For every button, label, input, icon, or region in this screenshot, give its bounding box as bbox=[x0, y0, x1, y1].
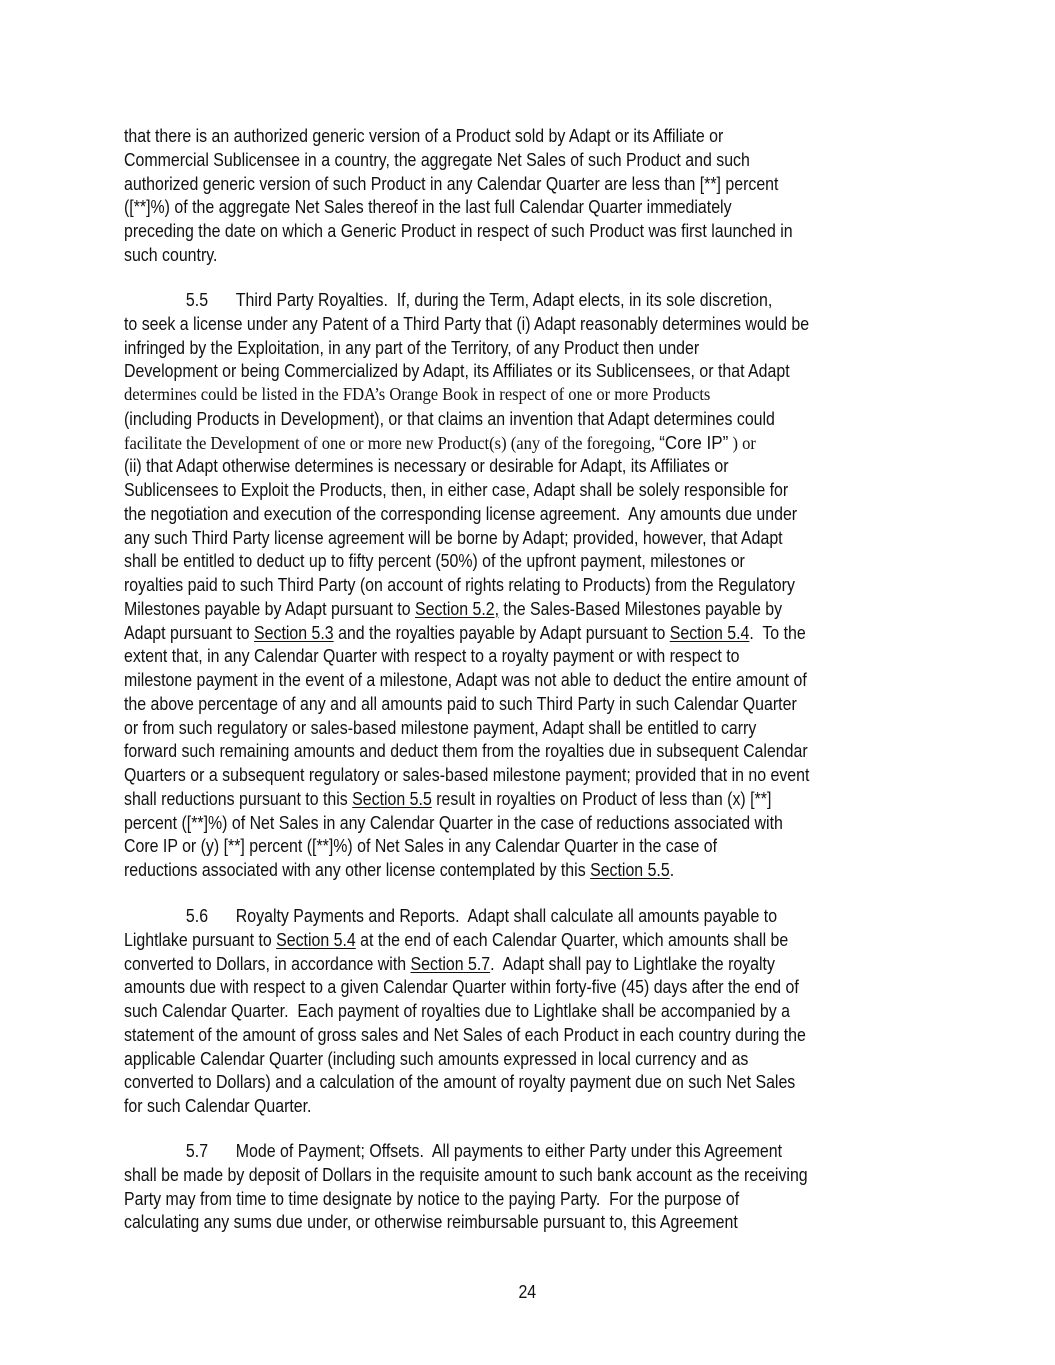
text-fragment: . Adapt shall pay to Lightlake the royal… bbox=[490, 953, 775, 974]
text-line: or from such regulatory or sales-based m… bbox=[124, 716, 950, 740]
text-fragment: Adapt pursuant to bbox=[124, 622, 254, 643]
text-line: Core IP or (y) [**] percent ([**]%) of N… bbox=[124, 834, 950, 858]
text-line: preceding the date on which a Generic Pr… bbox=[124, 219, 950, 243]
text-line: Milestones payable by Adapt pursuant to … bbox=[124, 597, 950, 621]
text-line: shall be made by deposit of Dollars in t… bbox=[124, 1163, 950, 1187]
text-line: the above percentage of any and all amou… bbox=[124, 692, 950, 716]
text-fragment: shall reductions pursuant to this bbox=[124, 788, 352, 809]
text-line: (ii) that Adapt otherwise determines is … bbox=[124, 454, 950, 478]
text-line: royalties paid to such Third Party (on a… bbox=[124, 573, 950, 597]
text-line: such country. bbox=[124, 243, 950, 267]
text-line: ([**]%) of the aggregate Net Sales there… bbox=[124, 195, 950, 219]
text-line: reductions associated with any other lic… bbox=[124, 858, 950, 882]
cross-reference-section-5-4[interactable]: Section 5.4 bbox=[276, 929, 356, 950]
text-line: for such Calendar Quarter. bbox=[124, 1094, 950, 1118]
text-fragment: Adapt shall calculate all amounts payabl… bbox=[460, 905, 778, 926]
text-line: such Calendar Quarter. Each payment of r… bbox=[124, 999, 950, 1023]
text-fragment: and the royalties payable by Adapt pursu… bbox=[334, 622, 670, 643]
cross-reference-section-5-5[interactable]: Section 5.5 bbox=[352, 788, 432, 809]
text-fragment: ) or bbox=[728, 433, 756, 453]
text-line: Commercial Sublicensee in a country, the… bbox=[124, 148, 950, 172]
section-number: 5.6 bbox=[124, 904, 236, 928]
text-line: calculating any sums due under, or other… bbox=[124, 1210, 950, 1234]
text-line: the negotiation and execution of the cor… bbox=[124, 502, 950, 526]
text-line: forward such remaining amounts and deduc… bbox=[124, 739, 950, 763]
cross-reference-section-5-7[interactable]: Section 5.7 bbox=[411, 953, 491, 974]
text-fragment: . To the bbox=[749, 622, 805, 643]
text-line: Party may from time to time designate by… bbox=[124, 1187, 950, 1211]
text-line: percent ([**]%) of Net Sales in any Cale… bbox=[124, 811, 950, 835]
text-line: converted to Dollars) and a calculation … bbox=[124, 1070, 950, 1094]
text-fragment: All payments to either Party under this … bbox=[424, 1140, 782, 1161]
document-page: that there is an authorized generic vers… bbox=[0, 0, 1055, 1365]
cross-reference-section-5-5[interactable]: Section 5.5 bbox=[590, 859, 670, 880]
text-line: milestone payment in the event of a mile… bbox=[124, 668, 950, 692]
text-fragment: Lightlake pursuant to bbox=[124, 929, 276, 950]
text-fragment: at the end of each Calendar Quarter, whi… bbox=[356, 929, 788, 950]
text-line: authorized generic version of such Produ… bbox=[124, 172, 950, 196]
text-fragment: Milestones payable by Adapt pursuant to bbox=[124, 598, 415, 619]
section-5-7-mode-of-payment-offsets: 5.7Mode of Payment; Offsets. All payment… bbox=[124, 1139, 944, 1234]
section-number: 5.5 bbox=[124, 288, 236, 312]
text-line: applicable Calendar Quarter (including s… bbox=[124, 1047, 950, 1071]
defined-term-core-ip: “Core IP” bbox=[659, 432, 728, 453]
text-fragment: facilitate the Development of one or mor… bbox=[124, 433, 659, 453]
section-5-6-royalty-payments-and-reports: 5.6Royalty Payments and Reports. Adapt s… bbox=[124, 904, 944, 1118]
section-title: Royalty Payments and Reports. bbox=[236, 905, 460, 926]
cross-reference-section-5-2[interactable]: Section 5.2, bbox=[415, 598, 499, 619]
page-number-text: 24 bbox=[519, 1280, 537, 1304]
section-heading-line: 5.7Mode of Payment; Offsets. All payment… bbox=[124, 1139, 950, 1163]
text-line: infringed by the Exploitation, in any pa… bbox=[124, 336, 950, 360]
text-line: Quarters or a subsequent regulatory or s… bbox=[124, 763, 950, 787]
text-fragment: . bbox=[670, 859, 674, 880]
paragraph-continuation: that there is an authorized generic vers… bbox=[124, 124, 944, 267]
cross-reference-section-5-4[interactable]: Section 5.4 bbox=[670, 622, 750, 643]
text-line: extent that, in any Calendar Quarter wit… bbox=[124, 644, 950, 668]
section-number: 5.7 bbox=[124, 1139, 236, 1163]
page-number: 24 bbox=[0, 1280, 1055, 1304]
section-5-5-third-party-royalties: 5.5Third Party Royalties. If, during the… bbox=[124, 288, 944, 882]
section-heading-line: 5.5Third Party Royalties. If, during the… bbox=[124, 288, 950, 312]
section-title: Third Party Royalties. bbox=[236, 289, 388, 310]
text-line: facilitate the Development of one or mor… bbox=[124, 431, 1007, 455]
text-line: converted to Dollars, in accordance with… bbox=[124, 952, 950, 976]
text-line: Adapt pursuant to Section 5.3 and the ro… bbox=[124, 621, 950, 645]
section-heading-line: 5.6Royalty Payments and Reports. Adapt s… bbox=[124, 904, 950, 928]
text-line: any such Third Party license agreement w… bbox=[124, 526, 950, 550]
text-line: (including Products in Development), or … bbox=[124, 407, 950, 431]
text-fragment: reductions associated with any other lic… bbox=[124, 859, 590, 880]
text-fragment: converted to Dollars, in accordance with bbox=[124, 953, 411, 974]
cross-reference-section-5-3[interactable]: Section 5.3 bbox=[254, 622, 334, 643]
text-line: shall be entitled to deduct up to fifty … bbox=[124, 549, 950, 573]
text-fragment: result in royalties on Product of less t… bbox=[432, 788, 772, 809]
text-line: Development or being Commercialized by A… bbox=[124, 359, 950, 383]
text-line: that there is an authorized generic vers… bbox=[124, 124, 950, 148]
text-fragment: the Sales-Based Milestones payable by bbox=[499, 598, 782, 619]
text-line: determines could be listed in the FDA’s … bbox=[124, 383, 1007, 407]
text-line: statement of the amount of gross sales a… bbox=[124, 1023, 950, 1047]
text-line: Sublicensees to Exploit the Products, th… bbox=[124, 478, 950, 502]
text-line: shall reductions pursuant to this Sectio… bbox=[124, 787, 950, 811]
text-line: to seek a license under any Patent of a … bbox=[124, 312, 950, 336]
text-fragment: If, during the Term, Adapt elects, in it… bbox=[388, 289, 772, 310]
text-line: Lightlake pursuant to Section 5.4 at the… bbox=[124, 928, 950, 952]
text-line: amounts due with respect to a given Cale… bbox=[124, 975, 950, 999]
section-title: Mode of Payment; Offsets. bbox=[236, 1140, 424, 1161]
